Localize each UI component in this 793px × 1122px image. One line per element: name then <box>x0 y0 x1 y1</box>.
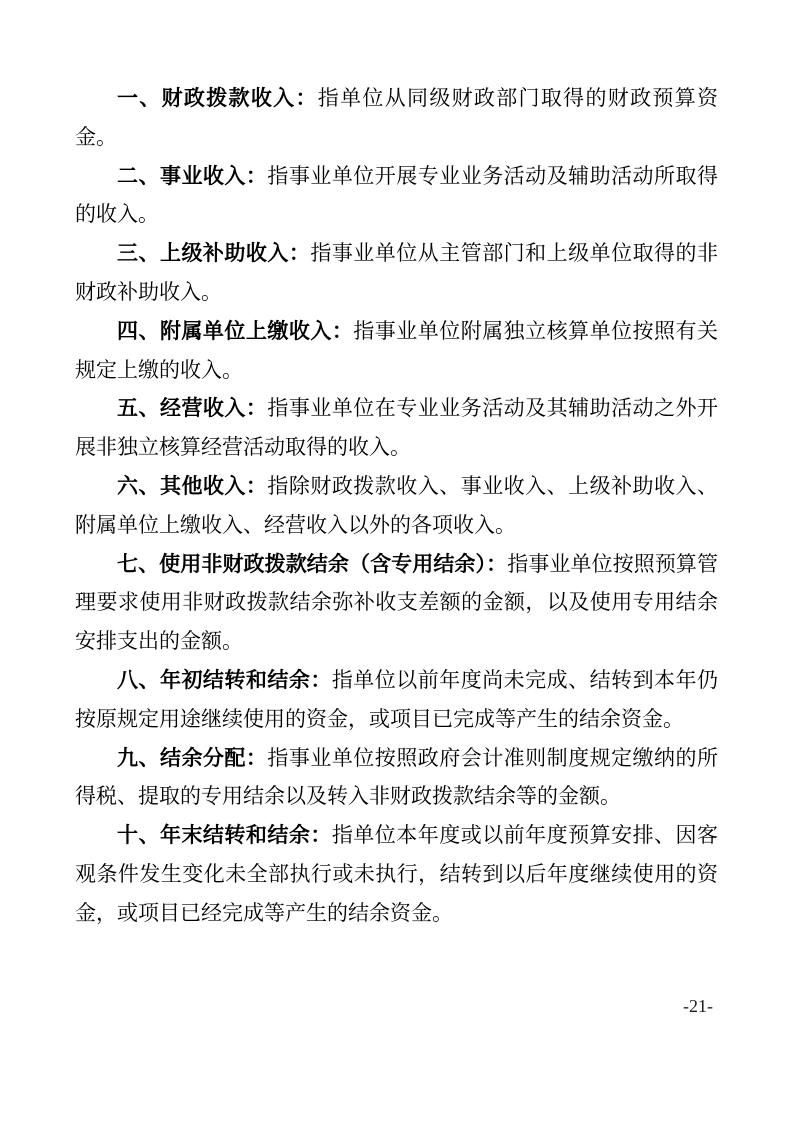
term-label: 八、年初结转和结余： <box>117 668 332 692</box>
term-label: 九、结余分配： <box>117 746 267 770</box>
definition-paragraph: 四、附属单位上缴收入：指事业单位附属独立核算单位按照有关规定上缴的收入。 <box>75 312 718 390</box>
definitions-list: 一、财政拨款收入：指单位从同级财政部门取得的财政预算资金。 二、事业收入：指事业… <box>75 79 718 933</box>
definition-paragraph: 六、其他收入：指除财政拨款收入、事业收入、上级补助收入、附属单位上缴收入、经营收… <box>75 467 718 545</box>
term-label: 四、附属单位上缴收入： <box>117 319 353 343</box>
term-label: 十、年末结转和结余： <box>117 823 332 847</box>
term-label: 三、上级补助收入： <box>117 241 310 265</box>
term-label: 一、财政拨款收入： <box>117 86 318 110</box>
term-label: 二、事业收入： <box>117 164 267 188</box>
term-label: 六、其他收入： <box>117 474 267 498</box>
definition-paragraph: 三、上级补助收入：指事业单位从主管部门和上级单位取得的非财政补助收入。 <box>75 234 718 312</box>
definition-paragraph: 九、结余分配：指事业单位按照政府会计准则制度规定缴纳的所得税、提取的专用结余以及… <box>75 739 718 817</box>
page-number: -21- <box>683 996 713 1016</box>
definition-paragraph: 五、经营收入：指事业单位在专业业务活动及其辅助活动之外开展非独立核算经营活动取得… <box>75 389 718 467</box>
document-page: 一、财政拨款收入：指单位从同级财政部门取得的财政预算资金。 二、事业收入：指事业… <box>0 0 793 1122</box>
definition-paragraph: 二、事业收入：指事业单位开展专业业务活动及辅助活动所取得的收入。 <box>75 157 718 235</box>
definition-paragraph: 十、年末结转和结余：指单位本年度或以前年度预算安排、因客观条件发生变化未全部执行… <box>75 816 718 932</box>
term-label: 七、使用非财政拨款结余（含专用结余）： <box>117 552 507 576</box>
term-label: 五、经营收入： <box>117 396 267 420</box>
definition-paragraph: 七、使用非财政拨款结余（含专用结余）：指事业单位按照预算管理要求使用非财政拨款结… <box>75 545 718 661</box>
definition-paragraph: 一、财政拨款收入：指单位从同级财政部门取得的财政预算资金。 <box>75 79 718 157</box>
definition-paragraph: 八、年初结转和结余：指单位以前年度尚未完成、结转到本年仍按原规定用途继续使用的资… <box>75 661 718 739</box>
